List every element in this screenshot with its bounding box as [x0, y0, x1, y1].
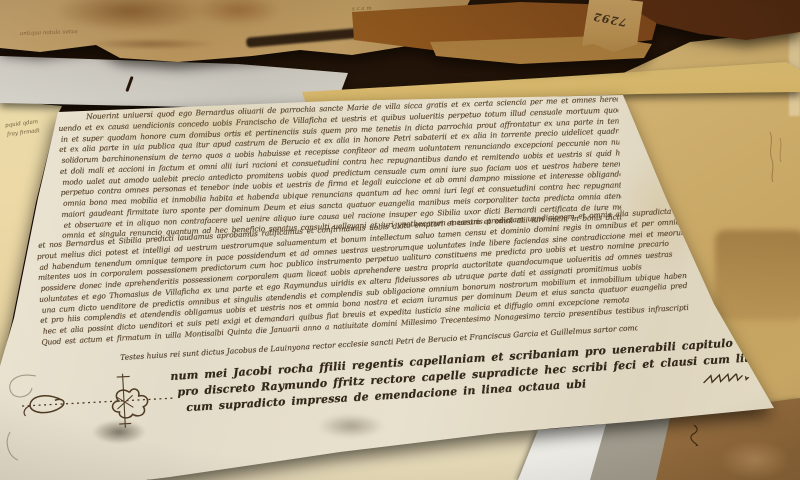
brown-stain: [195, 0, 281, 26]
charter-body-lower: et nos Bernardus et Sibilia predicti lau…: [36, 206, 689, 348]
right-parchment-fold-shadow: [715, 230, 800, 320]
notary-line: pro discreto Raymundo ffritz rectore cap…: [177, 349, 771, 400]
notary-subscription: num mei Jacobi rocha ffilii regentis cap…: [170, 333, 772, 416]
script-line: una cum dicto uenditore de predictis omn…: [41, 270, 687, 316]
script-line: et doli mali et accioni in factum et omn…: [60, 148, 620, 177]
notary-line: num mei Jacobi rocha ffilii regentis cap…: [170, 333, 770, 385]
yellow-parchment-strip: [0, 0, 800, 110]
script-line: prout melius dici potest et intelligi ad…: [37, 217, 685, 263]
script-line: hec et alia possint dicto uenditori et s…: [43, 292, 689, 338]
script-line: ad habendum tenendum omnique tempore in …: [39, 227, 685, 273]
faint-script-note: antiqua notula uetus: [20, 29, 78, 38]
brown-stain: [55, 0, 205, 32]
notary-sign-icon: [13, 368, 188, 437]
faint-script-note: s c a m: [352, 6, 372, 14]
witness-clause: Testes huius rei sunt dictus Jacobus de …: [120, 323, 638, 363]
script-line: omnia bona mea mobilia et inmobilia habi…: [63, 180, 621, 209]
script-line: solidorum barchinonensium de terno quos …: [61, 137, 619, 166]
archival-label: 7292: [582, 0, 644, 54]
grey-mat: [0, 0, 700, 480]
charter-body-upper: Nouerint uniuersi quod ego Bernardus oli…: [58, 94, 622, 241]
bottom-right-parchment: [0, 0, 800, 480]
script-line: et ex alia parte in uia publica qua itur…: [59, 127, 619, 156]
script-line: in et super quodam honore cum domibus or…: [61, 116, 619, 145]
blank-parchment-band: [0, 0, 360, 120]
main-charter-shadow-wrap: Nouerint uniuersi quod ego Bernardus oli…: [0, 0, 800, 480]
script-line: uendo et ex causa uendicionis concedo uo…: [58, 105, 618, 134]
script-line: omnia et singula renuncio quantum ad hec…: [62, 213, 622, 242]
script-line: uoluntates et ego Thomasius de Villafich…: [39, 260, 687, 306]
archive-photo: pquid qdam fray firmadi antiqua notula u…: [0, 0, 800, 480]
right-parchment-edge-highlight: [789, 34, 800, 116]
script-line: et obseruare et in aliquo non contraface…: [64, 202, 622, 231]
top-left-parchment: antiqua notula uetus s c a m: [0, 0, 480, 70]
tear-slit: [125, 76, 133, 92]
bottom-under-parchment: [0, 0, 620, 480]
band-shadow-wrap: [0, 0, 800, 480]
parchment-tinge: [55, 98, 365, 153]
faint-marks-icon: [760, 128, 792, 186]
script-line: mitentes uos in corporalem possessionem …: [38, 238, 686, 284]
amber-parchment-strip: [0, 0, 680, 60]
notary-line: cum supradicto impressa de emendacione i…: [186, 376, 586, 416]
parchment-tinge: [615, 150, 705, 280]
script-line: Quod est actum et firmatum in uilla Mont…: [41, 303, 689, 349]
script-line: modo ualet aut amodo ualebit precio ante…: [62, 159, 620, 188]
main-charter: Nouerint uniuersi quod ego Bernardus oli…: [0, 0, 800, 480]
flourish-icon: [2, 370, 44, 466]
script-line: Nouerint uniuersi quod ego Bernardus oli…: [60, 94, 618, 123]
right-parchment-shadow-wrap: [0, 0, 800, 480]
script-line: et pro hiis complendis et atendendis obl…: [40, 281, 688, 327]
collation-squiggle-icon: [699, 365, 758, 405]
ink-smudge: [92, 420, 146, 444]
left-under-parchment: pquid qdam fray firmadi: [0, 0, 80, 380]
script-line: maiori gaudeant firmitate iuro sponte pe…: [61, 191, 621, 220]
parchment-light-patch: [720, 440, 790, 480]
white-paper-corner: [0, 0, 650, 480]
brown-stain: [86, 38, 216, 50]
ink-smudge: [318, 414, 384, 438]
shadow-gap: [246, 22, 424, 47]
archival-number: 7292: [592, 10, 628, 29]
bottom-right-shadow-wrap: [0, 0, 800, 480]
tan-parchment-strip: [0, 0, 680, 70]
ink-squiggle-icon: [686, 422, 708, 447]
dark-brown-parchment: [0, 0, 800, 44]
script-line: et nos Bernardus et Sibilia predicti lau…: [38, 206, 684, 252]
top-fragments-shadow-wrap: antiqua notula uetus s c a m 7292: [0, 0, 800, 480]
script-line: possidere donec inde aprehenderitis poss…: [40, 249, 686, 295]
photo-vignette: [0, 0, 800, 480]
right-parchment: [0, 0, 800, 470]
script-line: perpetuo contra omnes personas et tenebo…: [60, 170, 620, 199]
